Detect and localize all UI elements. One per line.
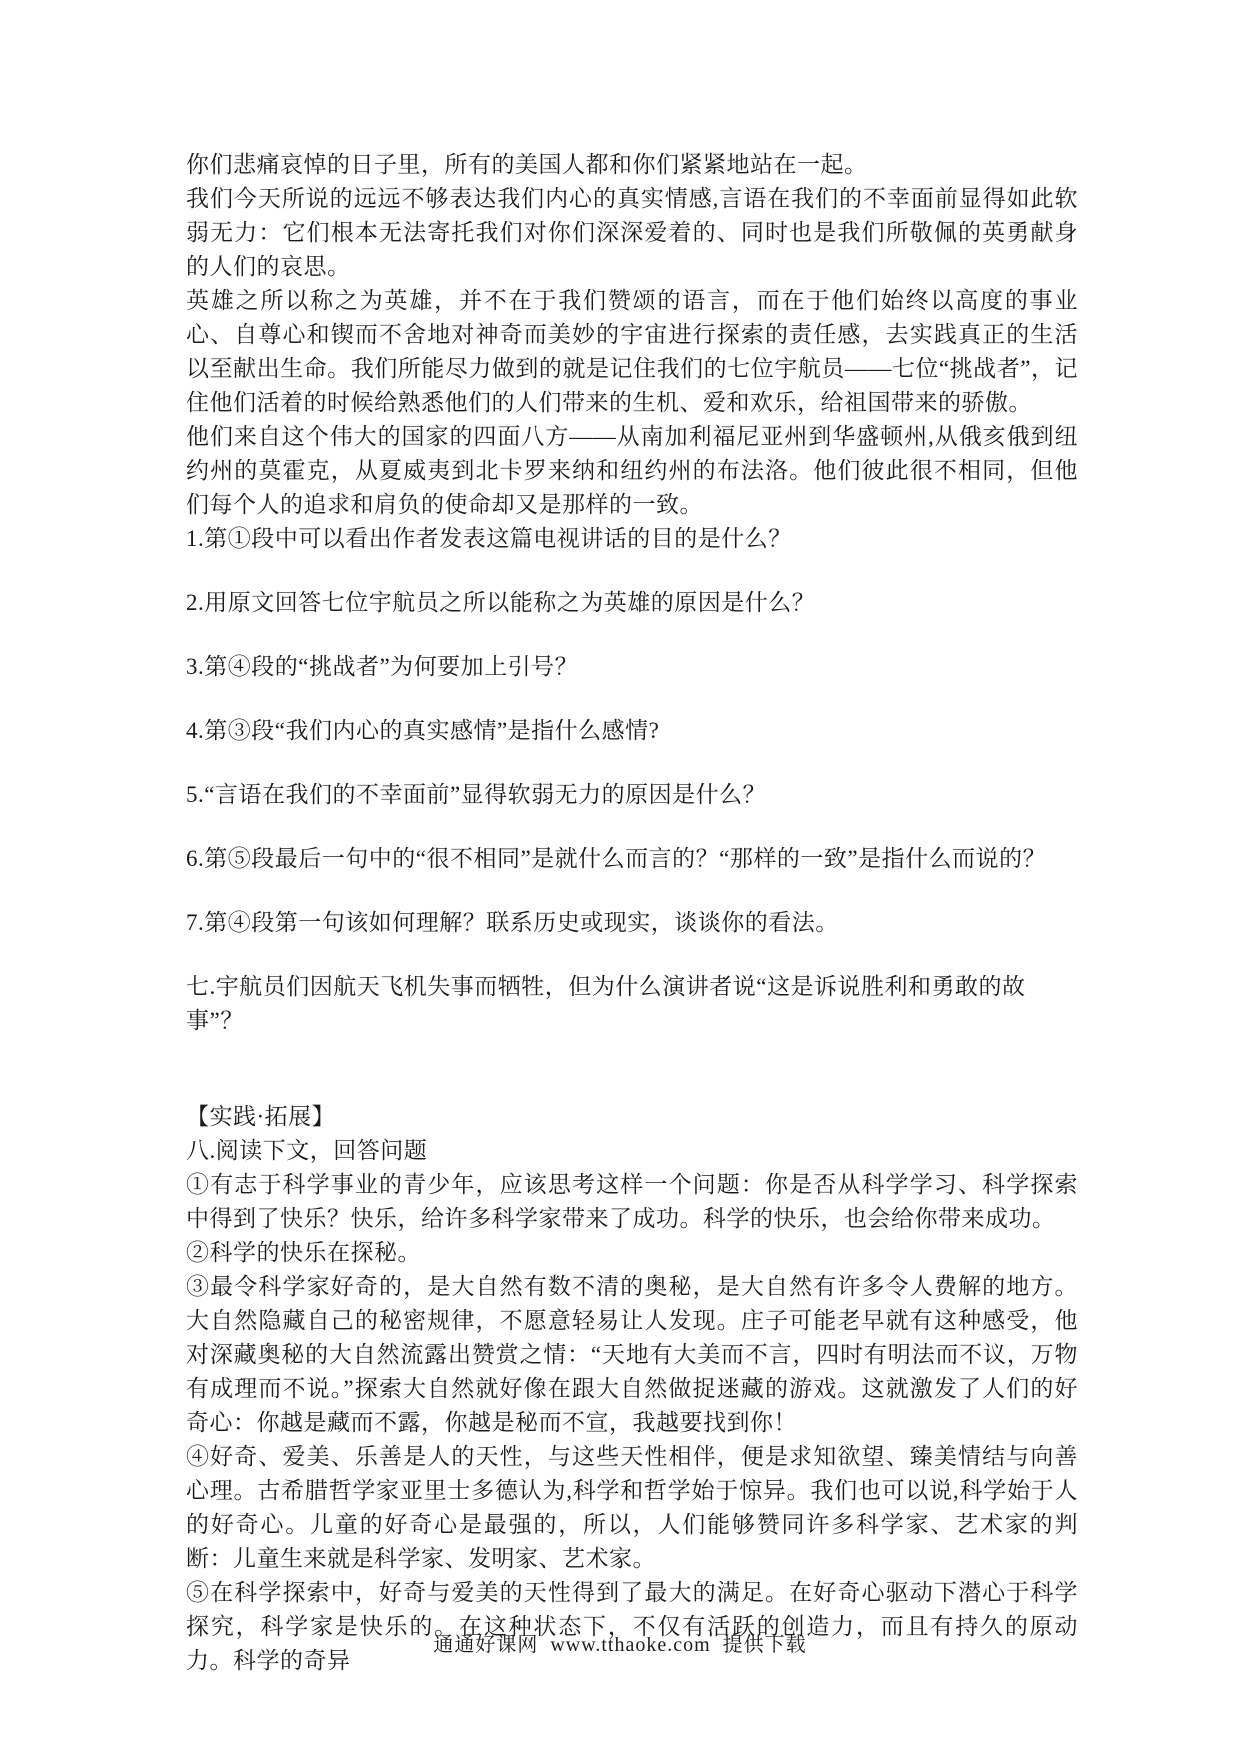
practice-extension-section: 【实践·拓展】 八.阅读下文，回答问题 ①有志于科学事业的青少年，应该思考这样一… — [186, 1100, 1078, 1678]
passage1-paragraph-1: 你们悲痛哀悼的日子里，所有的美国人都和你们紧紧地站在一起。 — [186, 148, 1078, 182]
footer-site-name: 通通好课网 — [433, 1634, 538, 1656]
passage2-paragraph-3: ③最令科学家好奇的，是大自然有数不清的奥秘，是大自然有许多令人费解的地方。大自然… — [186, 1270, 1078, 1440]
passage1-paragraph-3: 英雄之所以称之为英雄，并不在于我们赞颂的语言，而在于他们始终以高度的事业心、自尊… — [186, 284, 1078, 420]
footer-suffix: 提供下载 — [723, 1634, 807, 1656]
passage2-paragraph-5: ⑤在科学探索中，好奇与爱美的天性得到了最大的满足。在好奇心驱动下潜心于科学探究，… — [186, 1576, 1078, 1678]
question-6: 6.第⑤段最后一句中的“很不相同”是就什么而言的？“那样的一致”是指什么而说的？ — [186, 842, 1078, 876]
question-7: 7.第④段第一句该如何理解？联系历史或现实，谈谈你的看法。 — [186, 906, 1078, 940]
question-5: 5.“言语在我们的不幸面前”显得软弱无力的原因是什么？ — [186, 778, 1078, 812]
question-3: 3.第④段的“挑战者”为何要加上引号？ — [186, 650, 1078, 684]
question-1: 1.第①段中可以看出作者发表这篇电视讲话的目的是什么？ — [186, 522, 1078, 556]
section-header: 【实践·拓展】 — [186, 1100, 1078, 1134]
passage1-paragraph-2: 我们今天所说的远远不够表达我们内心的真实情感,言语在我们的不幸面前显得如此软弱无… — [186, 182, 1078, 284]
passage1-paragraph-4: 他们来自这个伟大的国家的四面八方——从南加利福尼亚州到华盛顿州,从俄亥俄到纽约州… — [186, 420, 1078, 522]
passage2-paragraph-4: ④好奇、爱美、乐善是人的天性，与这些天性相伴，便是求知欲望、臻美情结与向善心理。… — [186, 1440, 1078, 1576]
passage2-paragraph-1: ①有志于科学事业的青少年，应该思考这样一个问题：你是否从科学学习、科学探索中得到… — [186, 1168, 1078, 1236]
document-page: 你们悲痛哀悼的日子里，所有的美国人都和你们紧紧地站在一起。 我们今天所说的远远不… — [0, 0, 1240, 1754]
footer-site-url: www.tthaoke.com — [550, 1634, 710, 1656]
question-2: 2.用原文回答七位宇航员之所以能称之为英雄的原因是什么？ — [186, 586, 1078, 620]
section-instruction: 八.阅读下文，回答问题 — [186, 1134, 1078, 1168]
question-seven: 七.宇航员们因航天飞机失事而牺牲，但为什么演讲者说“这是诉说胜利和勇敢的故事”？ — [186, 970, 1078, 1038]
page-footer: 通通好课网www.tthaoke.com提供下载 — [0, 1632, 1240, 1658]
document-content: 你们悲痛哀悼的日子里，所有的美国人都和你们紧紧地站在一起。 我们今天所说的远远不… — [186, 148, 1078, 1678]
passage2-paragraph-2: ②科学的快乐在探秘。 — [186, 1236, 1078, 1270]
question-4: 4.第③段“我们内心的真实感情”是指什么感情? — [186, 714, 1078, 748]
